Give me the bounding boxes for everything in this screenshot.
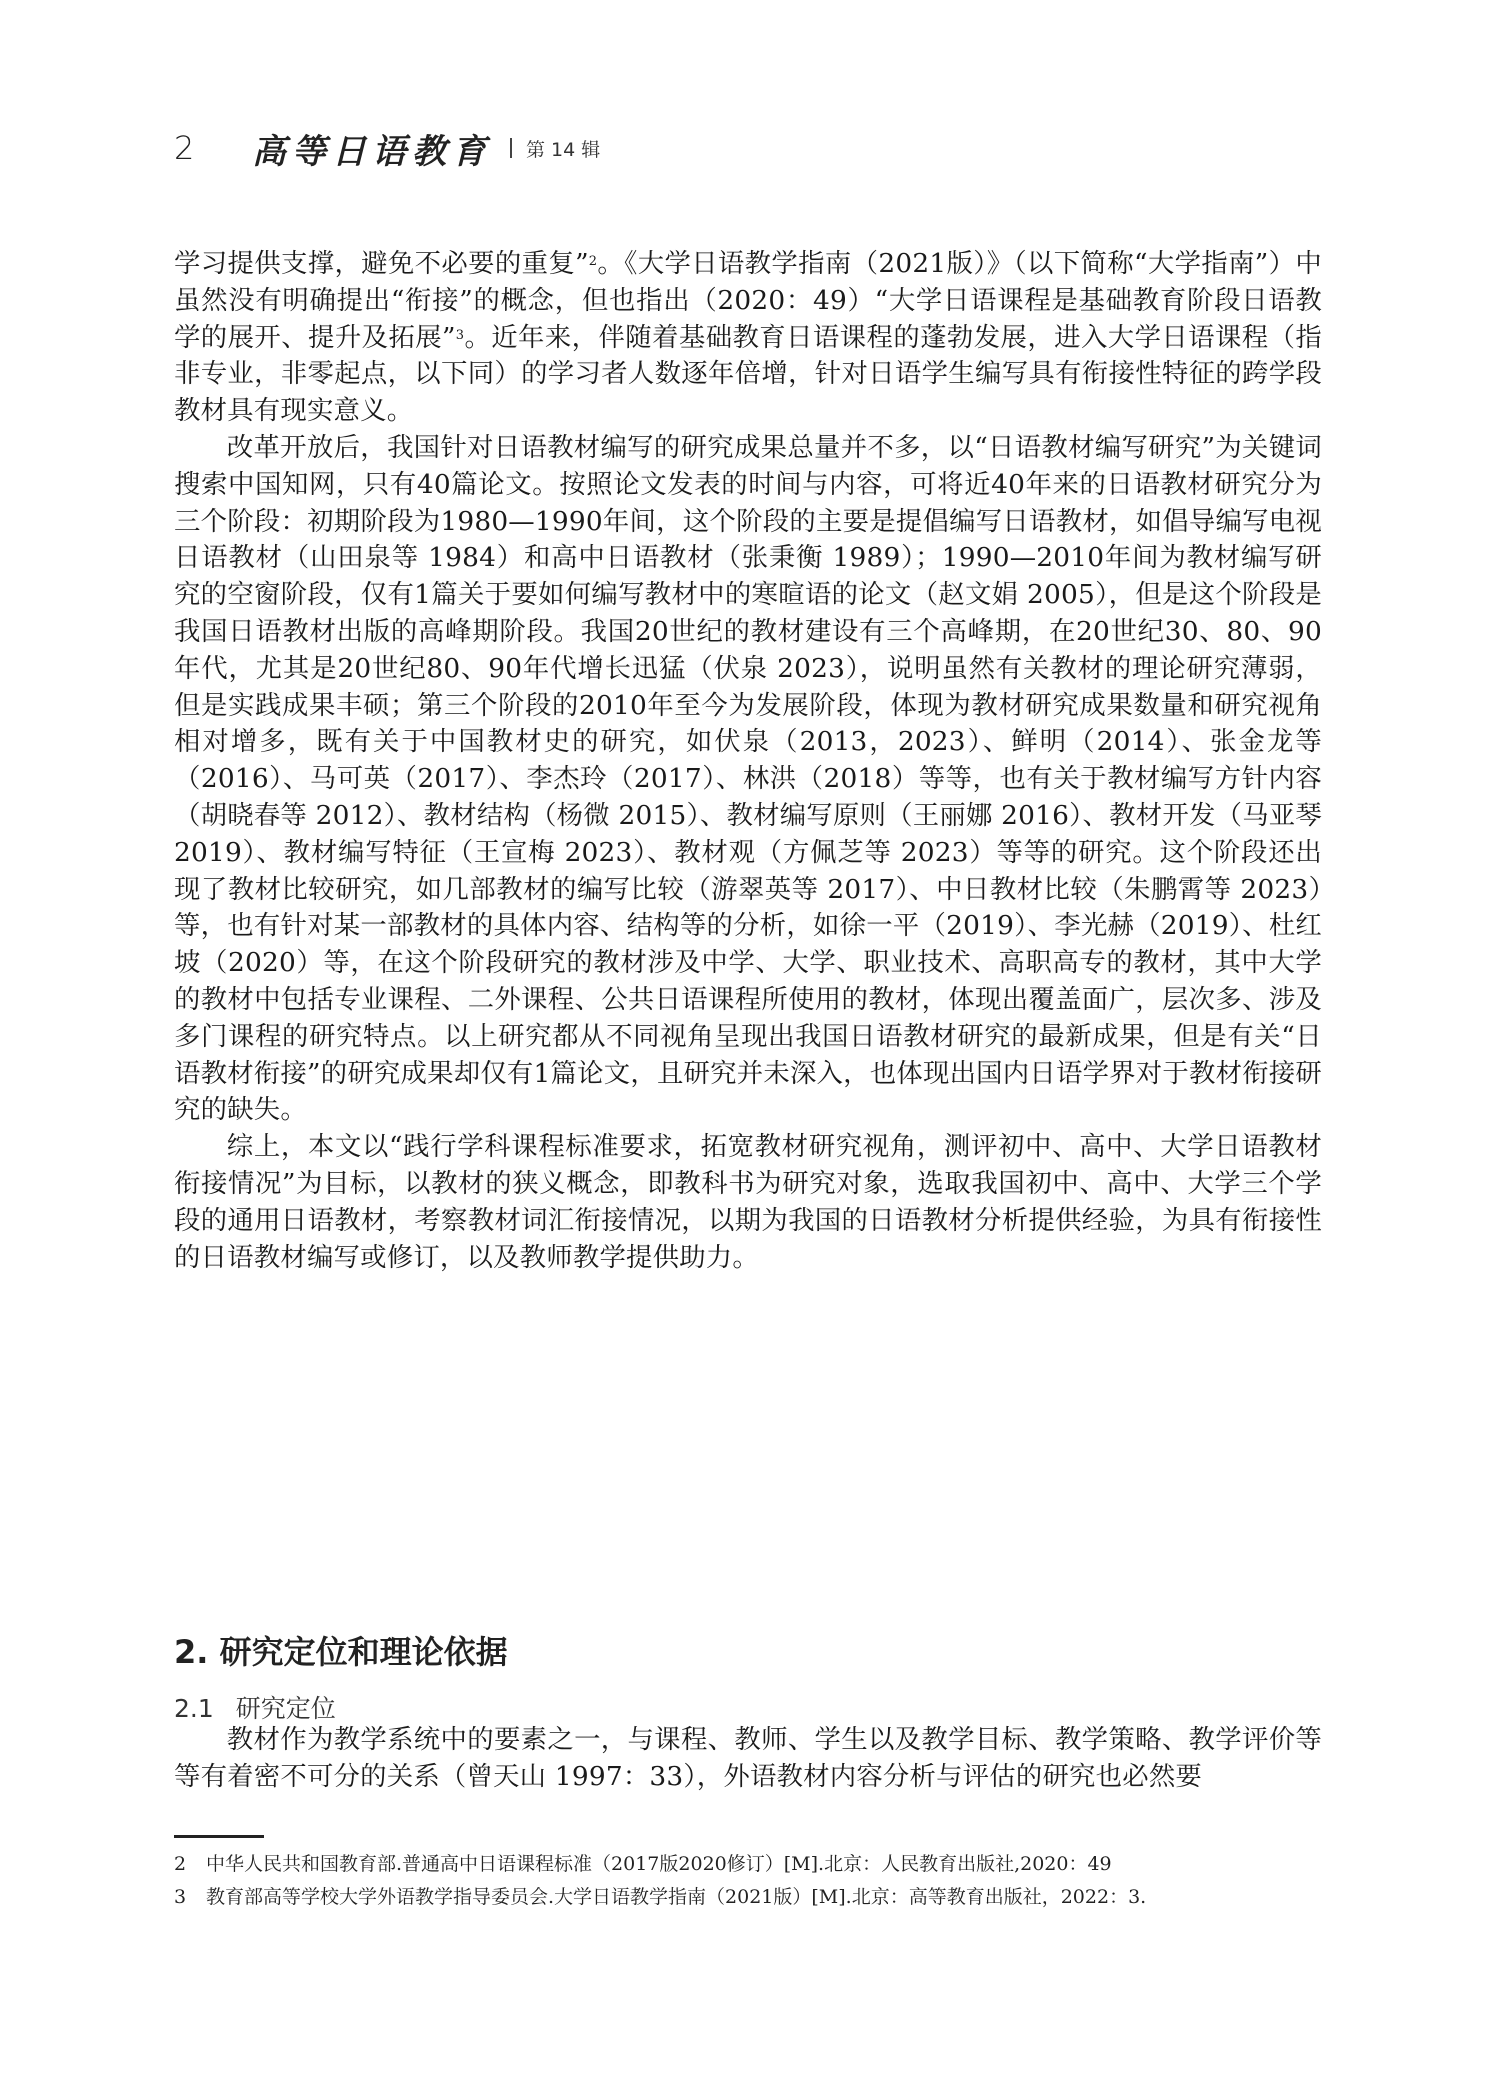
footnote-2: 2 中华人民共和国教育部.普通高中日语课程标准（2017版2020修订）[M].… bbox=[174, 1848, 1322, 1881]
footnote-text: 教育部高等学校大学外语教学指导委员会.大学日语教学指南（2021版）[M].北京… bbox=[206, 1881, 1146, 1914]
subsection-number: 2.1 bbox=[174, 1694, 214, 1723]
paragraph-2: 改革开放后，我国针对日语教材编写的研究成果总量并不多，以“日语教材编写研究”为关… bbox=[174, 430, 1322, 1129]
body-text: 学习提供支撑，避免不必要的重复”2。《大学日语教学指南（2021版）》（以下简称… bbox=[174, 246, 1322, 1276]
footnote-text: 中华人民共和国教育部.普通高中日语课程标准（2017版2020修订）[M].北京… bbox=[206, 1848, 1112, 1881]
paragraph-4: 教材作为教学系统中的要素之一，与课程、教师、学生以及教学目标、教学策略、教学评价… bbox=[174, 1722, 1322, 1796]
page-number: 2 bbox=[174, 129, 252, 167]
footnote-number: 3 bbox=[174, 1881, 206, 1914]
section-body: 教材作为教学系统中的要素之一，与课程、教师、学生以及教学目标、教学策略、教学评价… bbox=[174, 1722, 1322, 1796]
paragraph-text: 学习提供支撑，避免不必要的重复” bbox=[174, 248, 589, 279]
issue-label: 第 14 辑 bbox=[526, 135, 600, 162]
footnote-number: 2 bbox=[174, 1848, 206, 1881]
footnote-divider bbox=[174, 1835, 264, 1838]
subsection-title: 研究定位 bbox=[236, 1694, 336, 1723]
section-heading: 2. 研究定位和理论依据 bbox=[174, 1627, 508, 1673]
paragraph-1: 学习提供支撑，避免不必要的重复”2。《大学日语教学指南（2021版）》（以下简称… bbox=[174, 246, 1322, 430]
subsection-heading: 2.1研究定位 bbox=[174, 1689, 336, 1725]
running-header: 2 高等日语教育 第 14 辑 bbox=[174, 126, 600, 170]
paragraph-text: 综上，本文以“践行学科课程标准要求，拓宽教材研究视角，测评初中、高中、大学日语教… bbox=[174, 1131, 1322, 1272]
paragraph-3: 综上，本文以“践行学科课程标准要求，拓宽教材研究视角，测评初中、高中、大学日语教… bbox=[174, 1129, 1322, 1276]
paragraph-text: 改革开放后，我国针对日语教材编写的研究成果总量并不多，以“日语教材编写研究”为关… bbox=[174, 432, 1322, 1125]
footnote-ref-2[interactable]: 2 bbox=[589, 254, 597, 269]
footnote-3: 3 教育部高等学校大学外语教学指导委员会.大学日语教学指南（2021版）[M].… bbox=[174, 1881, 1322, 1914]
header-divider bbox=[510, 138, 512, 158]
journal-title: 高等日语教育 bbox=[252, 124, 492, 173]
footnotes: 2 中华人民共和国教育部.普通高中日语课程标准（2017版2020修订）[M].… bbox=[174, 1848, 1322, 1914]
footnote-ref-3[interactable]: 3 bbox=[456, 328, 464, 343]
